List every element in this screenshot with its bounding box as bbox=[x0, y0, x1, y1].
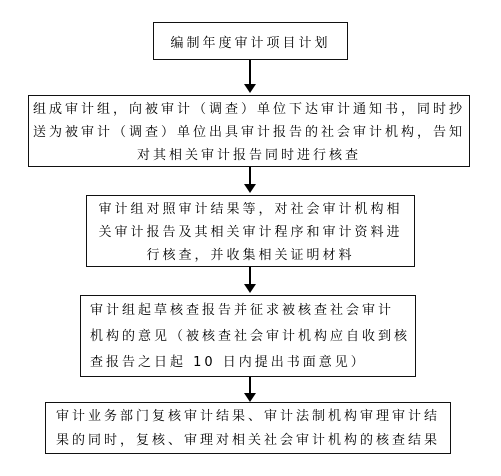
node-text-line: 行核查，并收集相关证明材料 bbox=[87, 244, 414, 267]
node-text-line: 查报告之日起 10 日内提出书面意见） bbox=[90, 350, 413, 376]
node-text-line: 对其相关审计报告同时进行核查 bbox=[29, 144, 469, 167]
down-arrow-icon bbox=[243, 167, 256, 193]
flow-node-annual-plan: 编制年度审计项目计划 bbox=[153, 22, 348, 60]
node-text-line: 送为被审计（调查）单位出具审计报告的社会审计机构，告知 bbox=[29, 121, 469, 144]
node-text-line: 关审计报告及其相关审计程序和审计资料进 bbox=[87, 221, 414, 244]
flow-node-draft-report: 审计组起草核查报告并征求被核查社会审计 机构的意见（被核查社会审计机构应自收到核… bbox=[80, 295, 416, 377]
arrow-head bbox=[244, 184, 256, 193]
arrow-shaft bbox=[249, 377, 251, 393]
node-text-line: 果的同时，复核、审理对相关社会审计机构的核查结果 bbox=[46, 429, 450, 453]
arrow-shaft bbox=[249, 167, 251, 184]
node-text-line: 编制年度审计项目计划 bbox=[170, 32, 330, 51]
down-arrow-icon bbox=[243, 377, 256, 402]
flow-node-notify: 组成审计组，向被审计（调查）单位下达审计通知书，同时抄 送为被审计（调查）单位出… bbox=[28, 95, 470, 167]
arrow-shaft bbox=[249, 60, 251, 84]
node-text-line: 组成审计组，向被审计（调查）单位下达审计通知书，同时抄 bbox=[29, 98, 469, 121]
node-text-line: 审计组起草核查报告并征求被核查社会审计 bbox=[90, 298, 413, 324]
arrow-head bbox=[244, 393, 256, 402]
down-arrow-icon bbox=[243, 60, 256, 93]
arrow-shaft bbox=[249, 267, 251, 284]
node-text-line: 审计业务部门复核审计结果、审计法制机构审理审计结 bbox=[46, 405, 450, 429]
node-text-line: 机构的意见（被核查社会审计机构应自收到核 bbox=[90, 324, 413, 350]
flow-node-verify: 审计组对照审计结果等，对社会审计机构相 关审计报告及其相关审计程序和审计资料进 … bbox=[86, 195, 415, 267]
flow-node-review-results: 审计业务部门复核审计结果、审计法制机构审理审计结 果的同时，复核、审理对相关社会… bbox=[45, 402, 451, 454]
arrow-head bbox=[244, 284, 256, 293]
flowchart-canvas: 编制年度审计项目计划 组成审计组，向被审计（调查）单位下达审计通知书，同时抄 送… bbox=[0, 0, 501, 476]
down-arrow-icon bbox=[243, 267, 256, 293]
node-text-line: 审计组对照审计结果等，对社会审计机构相 bbox=[87, 198, 414, 221]
arrow-head bbox=[244, 84, 256, 93]
